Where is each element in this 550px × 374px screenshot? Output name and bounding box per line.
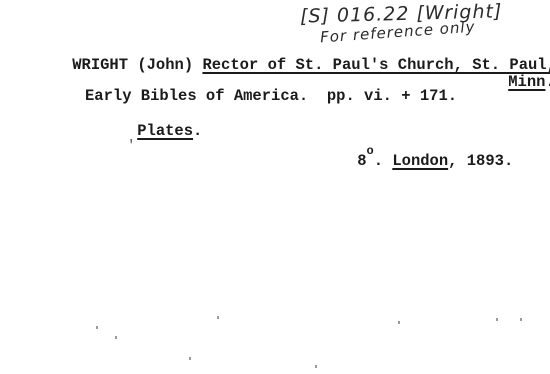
imprint-line: 8o. London, 1893. — [320, 134, 513, 188]
format-superscript-o: o — [367, 144, 374, 158]
collation-line: Early Bibles of America. pp. vi. + 171. — [85, 87, 457, 105]
scan-speck — [398, 321, 400, 324]
scan-speck — [496, 318, 498, 321]
author-name: WRIGHT (John) — [72, 56, 202, 74]
heading-continuation-period: . — [545, 73, 550, 91]
heading-continuation-text: Minn — [508, 73, 545, 91]
stray-scan-mark: ' — [127, 138, 135, 154]
imprint-date: , 1893. — [448, 152, 513, 170]
scan-speck — [315, 365, 317, 368]
scan-speck — [96, 326, 98, 329]
heading-continuation: Minn. — [471, 55, 550, 109]
plates-text: Plates — [137, 122, 193, 140]
scan-speck — [217, 316, 219, 319]
scan-speck — [189, 357, 191, 360]
plates-period: . — [193, 122, 202, 140]
plates-line: Plates. — [100, 104, 202, 158]
imprint-separator: . — [374, 152, 393, 170]
catalog-card: [S] 016.22 [Wright] For reference only W… — [0, 0, 550, 374]
scan-speck — [520, 318, 522, 321]
format-numeral: 8 — [357, 152, 366, 170]
scan-speck — [115, 336, 117, 339]
imprint-city: London — [392, 152, 448, 170]
